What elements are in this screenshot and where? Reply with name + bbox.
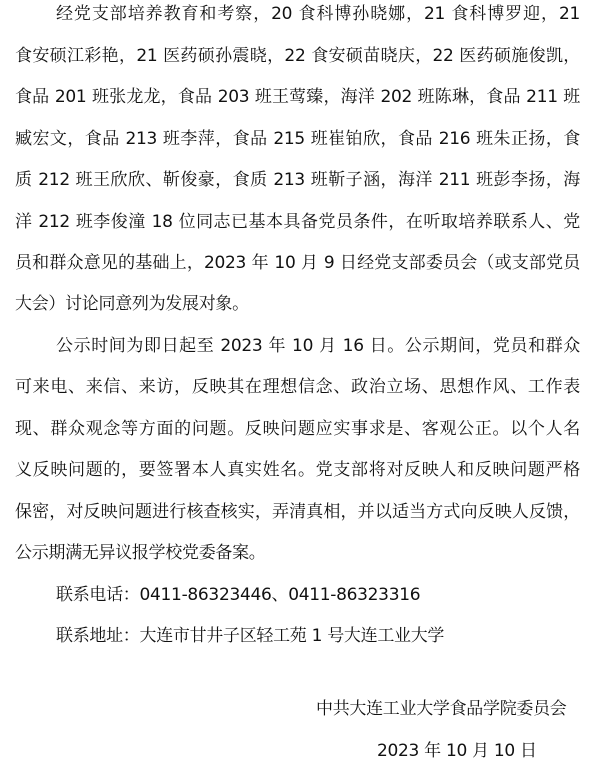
paragraph-2-line-1: 公示时间为即日起至 2023 年 10 月 16 日。公示期间，党员和群众 — [56, 334, 580, 358]
paragraph-1-line-6: 洋 212 班李俊潼 18 位同志已基本具备党员条件，在听取培养联系人、党 — [15, 210, 580, 234]
contact-address: 联系地址：大连市甘井子区轻工苑 1 号大连工业大学 — [56, 624, 444, 648]
paragraph-1-line-7: 员和群众意见的基础上，2023 年 10 月 9 日经党支部委员会（或支部党员 — [15, 251, 580, 275]
paragraph-1-line-4: 臧宏文，食品 213 班李萍，食品 215 班崔铂欣，食品 216 班朱正扬，食 — [15, 127, 580, 151]
paragraph-1-line-5: 质 212 班王欣欣、靳俊豪，食质 213 班靳子涵，海洋 211 班彭李扬，海 — [15, 168, 580, 192]
contact-phone: 联系电话：0411-86323446、0411-86323316 — [56, 583, 420, 607]
paragraph-1-line-1: 经党支部培养教育和考察，20 食科博孙晓娜，21 食科博罗迎，21 — [56, 2, 580, 26]
paragraph-1-line-3: 食品 201 班张龙龙，食品 203 班王莺臻，海洋 202 班陈琳，食品 21… — [15, 85, 580, 109]
signature-date: 2023 年 10 月 10 日 — [377, 739, 537, 763]
paragraph-2-line-2: 可来电、来信、来访，反映其在理想信念、政治立场、思想作风、工作表 — [15, 375, 580, 399]
paragraph-2-line-5: 保密，对反映问题进行核查核实，弄清真相，并以适当方式向反映人反馈， — [15, 500, 580, 524]
paragraph-1-line-8: 大会）讨论同意列为发展对象。 — [15, 292, 580, 316]
paragraph-2-line-4: 义反映问题的，要签署本人真实姓名。党支部将对反映人和反映问题严格 — [15, 458, 580, 482]
signature-organization: 中共大连工业大学食品学院委员会 — [316, 697, 567, 721]
paragraph-2-line-3: 现、群众观念等方面的问题。反映问题应实事求是、客观公正。以个人名 — [15, 417, 580, 441]
paragraph-2-line-6: 公示期满无异议报学校党委备案。 — [15, 541, 580, 565]
paragraph-1-line-2: 食安硕江彩艳，21 医药硕孙震晓，22 食安硕苗晓庆，22 医药硕施俊凯， — [15, 44, 580, 68]
